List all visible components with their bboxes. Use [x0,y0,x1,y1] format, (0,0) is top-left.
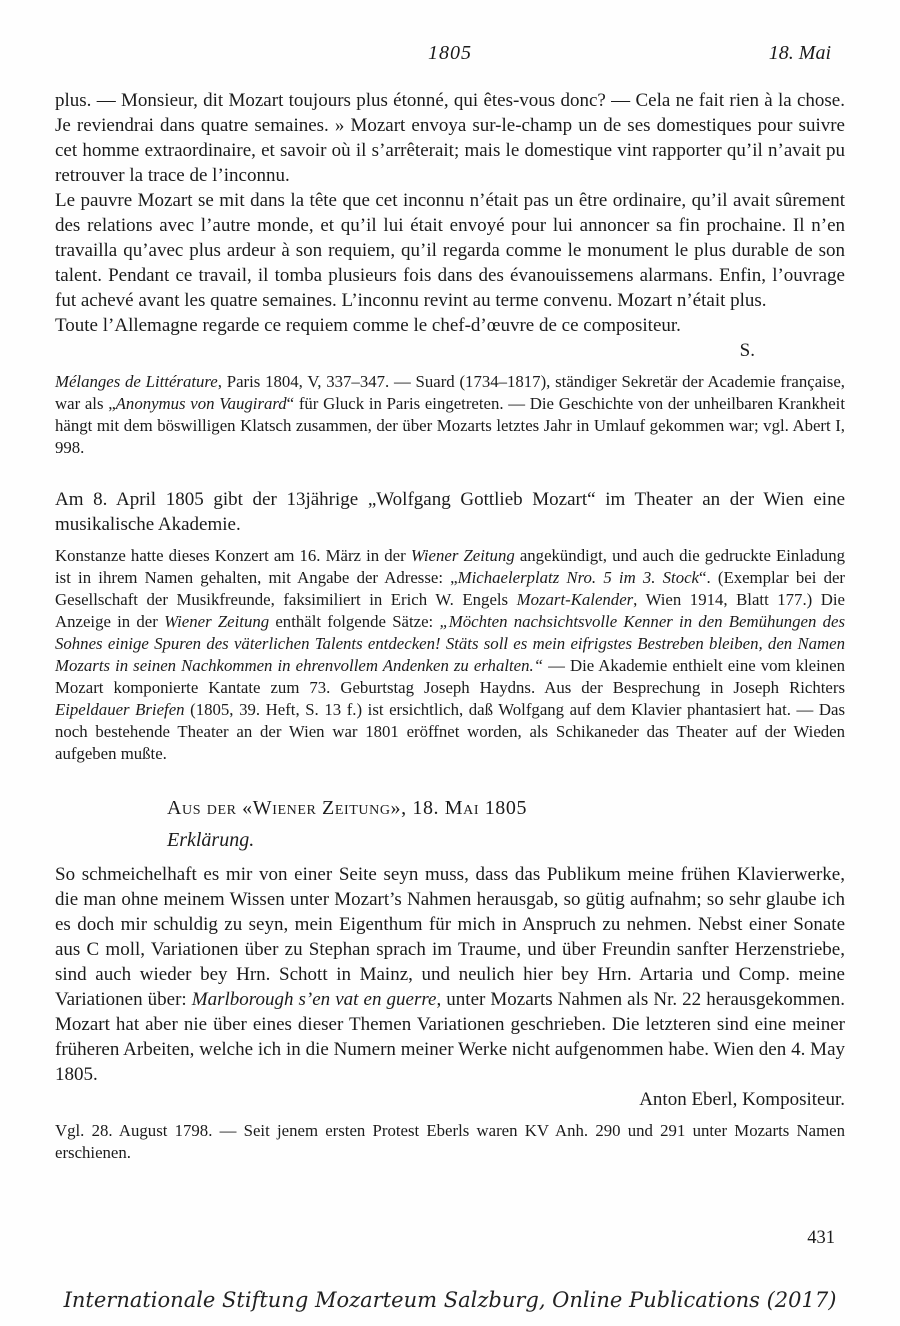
section-subheading: Erklärung. [167,829,845,852]
section-heading: Aus der «Wiener Zeitung», 18. Mai 1805 [167,797,845,820]
signature-eberl: Anton Eberl, Kompositeur. [55,1087,845,1112]
book-page: 1805 18. Mai plus. — Monsieur, dit Mozar… [0,0,900,1326]
note-vgl: Vgl. 28. August 1798. — Seit jenem erste… [55,1120,845,1164]
section-heading-block: Aus der «Wiener Zeitung», 18. Mai 1805 E… [55,797,845,852]
paragraph-erklaerung: So schmeichelhaft es mir von einer Seite… [55,862,845,1087]
paragraph-french-2: Le pauvre Mozart se mit dans la tête que… [55,188,845,313]
running-header: 1805 18. Mai [55,42,845,68]
paragraph-commentary: Konstanze hatte dieses Konzert am 16. Mä… [55,545,845,765]
paragraph-french-1: plus. — Monsieur, dit Mozart toujours pl… [55,88,845,188]
paragraph-regest: Am 8. April 1805 gibt der 13jährige „Wol… [55,487,845,537]
page-number: 431 [807,1228,835,1249]
running-header-date: 18. Mai [769,42,831,65]
running-header-year: 1805 [55,42,845,65]
publication-footer: Internationale Stiftung Mozarteum Salzbu… [0,1288,900,1312]
paragraph-french-3: Toute l’Allemagne regarde ce requiem com… [55,313,845,338]
signature-s: S. [55,338,845,363]
footnote-suard: Mélanges de Littérature, Paris 1804, V, … [55,371,845,459]
